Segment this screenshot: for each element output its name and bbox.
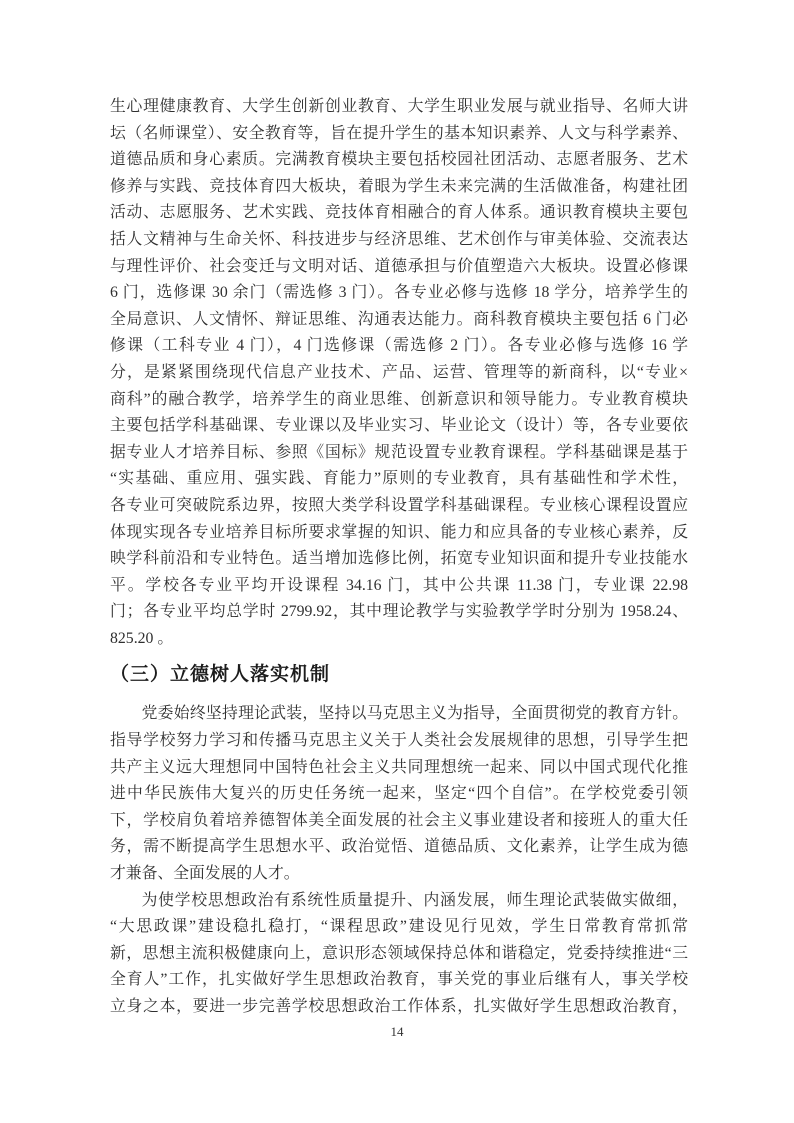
text-line: 商科”的融合教学，培养学生的商业思维、创新意识和领导能力。专业教育模块 bbox=[110, 387, 688, 414]
text-line: 全育人”工作，扎实做好学生思想政治教育，事关党的事业后继有人，事关学校 bbox=[110, 967, 688, 994]
text-line: 指导学校努力学习和传播马克思主义关于人类社会发展规律的思想，引导学生把 bbox=[110, 728, 688, 755]
document-body: 生心理健康教育、大学生创新创业教育、大学生职业发展与就业指导、名师大讲坛（名师课… bbox=[110, 94, 688, 1021]
text-line: 下，学校肩负着培养德智体美全面发展的社会主义事业建设者和接班人的重大任 bbox=[110, 808, 688, 835]
text-line: 分，是紧紧围绕现代信息产业技术、产品、运营、管理等的新商科，以“专业× bbox=[110, 360, 688, 387]
text-line: “大思政课”建设稳扎稳打，“课程思政”建设见行见效，学生日常教育常抓常 bbox=[110, 914, 688, 941]
page-number: 14 bbox=[0, 1024, 794, 1040]
text-line: 道德品质和身心素质。完满教育模块主要包括校园社团活动、志愿者服务、艺术 bbox=[110, 147, 688, 174]
text-line: 进中华民族伟大复兴的历史任务统一起来，坚定“四个自信”。在学校党委引领 bbox=[110, 781, 688, 808]
text-line: “实基础、重应用、强实践、育能力”原则的专业教育，具有基础性和学术性， bbox=[110, 466, 688, 493]
text-line: 门；各专业平均总学时 2799.92，其中理论教学与实验教学学时分别为 1958… bbox=[110, 599, 688, 626]
text-line: 825.20 。 bbox=[110, 626, 688, 653]
text-line: 与理性评价、社会变迁与文明对话、道德承担与价值塑造六大板块。设置必修课 bbox=[110, 254, 688, 281]
text-line: 活动、志愿服务、艺术实践、竞技体育相融合的育人体系。通识教育模块主要包 bbox=[110, 200, 688, 227]
text-line: 坛（名师课堂）、安全教育等，旨在提升学生的基本知识素养、人文与科学素养、 bbox=[110, 121, 688, 148]
text-line: 据专业人才培养目标、参照《国标》规范设置专业教育课程。学科基础课是基于 bbox=[110, 440, 688, 467]
text-line: 新，思想主流积极健康向上，意识形态领域保持总体和谐稳定，党委持续推进“三 bbox=[110, 941, 688, 968]
paragraph: 为使学校思想政治有系统性质量提升、内涵发展，师生理论武装做实做细，“大思政课”建… bbox=[110, 888, 688, 1021]
text-line: 共产主义远大理想同中国特色社会主义共同理想统一起来、同以中国式现代化推 bbox=[110, 755, 688, 782]
text-line: 体现实现各专业培养目标所要求掌握的知识、能力和应具备的专业核心素养，反 bbox=[110, 520, 688, 547]
text-line: 修课（工科专业 4 门），4 门选修课（需选修 2 门）。各专业必修与选修 16… bbox=[110, 333, 688, 360]
text-line: 各专业可突破院系边界，按照大类学科设置学科基础课程。专业核心课程设置应 bbox=[110, 493, 688, 520]
section-heading: （三）立德树人落实机制 bbox=[110, 662, 688, 688]
text-line: 全局意识、人文情怀、辩证思维、沟通表达能力。商科教育模块主要包括 6 门必 bbox=[110, 307, 688, 334]
text-line: 6 门，选修课 30 余门（需选修 3 门）。各专业必修与选修 18 学分，培养… bbox=[110, 280, 688, 307]
text-line: 党委始终坚持理论武装，坚持以马克思主义为指导，全面贯彻党的教育方针。 bbox=[110, 701, 688, 728]
text-line: 修养与实践、竞技体育四大板块，着眼为学生未来完满的生活做准备，构建社团 bbox=[110, 174, 688, 201]
document-page: 生心理健康教育、大学生创新创业教育、大学生职业发展与就业指导、名师大讲坛（名师课… bbox=[0, 0, 794, 1123]
text-line: 才兼备、全面发展的人才。 bbox=[110, 861, 688, 888]
text-line: 括人文精神与生命关怀、科技进步与经济思维、艺术创作与审美体验、交流表达 bbox=[110, 227, 688, 254]
paragraph: 党委始终坚持理论武装，坚持以马克思主义为指导，全面贯彻党的教育方针。指导学校努力… bbox=[110, 701, 688, 887]
text-line: 生心理健康教育、大学生创新创业教育、大学生职业发展与就业指导、名师大讲 bbox=[110, 94, 688, 121]
text-line: 立身之本，要进一步完善学校思想政治工作体系，扎实做好学生思想政治教育， bbox=[110, 994, 688, 1021]
text-line: 平。学校各专业平均开设课程 34.16 门，其中公共课 11.38 门，专业课 … bbox=[110, 573, 688, 600]
text-line: 映学科前沿和专业特色。适当增加选修比例，拓宽专业知识面和提升专业技能水 bbox=[110, 546, 688, 573]
text-line: 务，需不断提高学生思想水平、政治觉悟、道德品质、文化素养，让学生成为德 bbox=[110, 834, 688, 861]
text-line: 为使学校思想政治有系统性质量提升、内涵发展，师生理论武装做实做细， bbox=[110, 888, 688, 915]
text-line: 主要包括学科基础课、专业课以及毕业实习、毕业论文（设计）等，各专业要依 bbox=[110, 413, 688, 440]
paragraph-continuation: 生心理健康教育、大学生创新创业教育、大学生职业发展与就业指导、名师大讲坛（名师课… bbox=[110, 94, 688, 652]
